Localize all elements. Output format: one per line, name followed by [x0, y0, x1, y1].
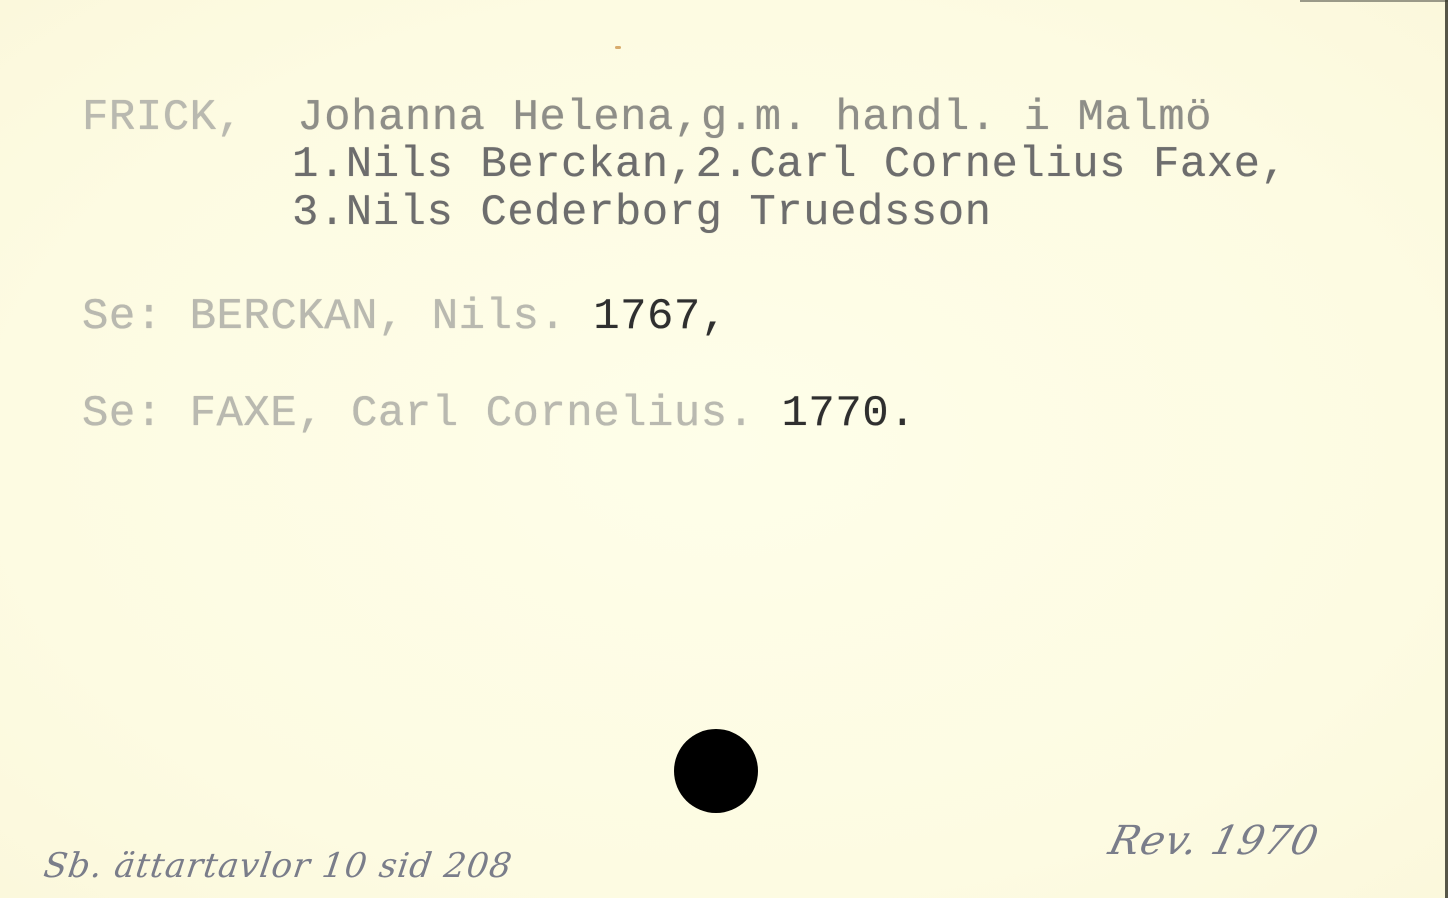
entry-heading-line: FRICK, Johanna Helena,g.m. handl. i Malm… [82, 94, 1212, 142]
punch-hole [674, 729, 758, 813]
see-target: BERCKAN, Nils. [190, 292, 567, 342]
see-prefix: Se: [82, 389, 163, 439]
entry-surname: FRICK, [82, 93, 243, 143]
card-top-edge [1300, 0, 1448, 2]
index-card: FRICK, Johanna Helena,g.m. handl. i Malm… [0, 0, 1448, 898]
entry-line-3: 3.Nils Cederborg Truedsson [292, 189, 992, 237]
see-reference-2: Se: FAXE, Carl Cornelius. 1770. [82, 390, 916, 438]
paper-speck [615, 46, 621, 49]
see-year: 1770. [782, 389, 917, 439]
see-prefix: Se: [82, 292, 163, 342]
entry-line-2: 1.Nils Berckan,2.Carl Cornelius Faxe, [292, 141, 1287, 189]
entry-line-1: Johanna Helena,g.m. handl. i Malmö [297, 93, 1212, 143]
see-reference-1: Se: BERCKAN, Nils. 1767, [82, 293, 728, 341]
handwritten-source-reference: Sb. ättartavlor 10 sid 208 [41, 846, 515, 886]
handwritten-revision-note: Rev. 1970 [1104, 818, 1323, 864]
see-year: 1767, [593, 292, 728, 342]
see-target: FAXE, Carl Cornelius. [190, 389, 755, 439]
